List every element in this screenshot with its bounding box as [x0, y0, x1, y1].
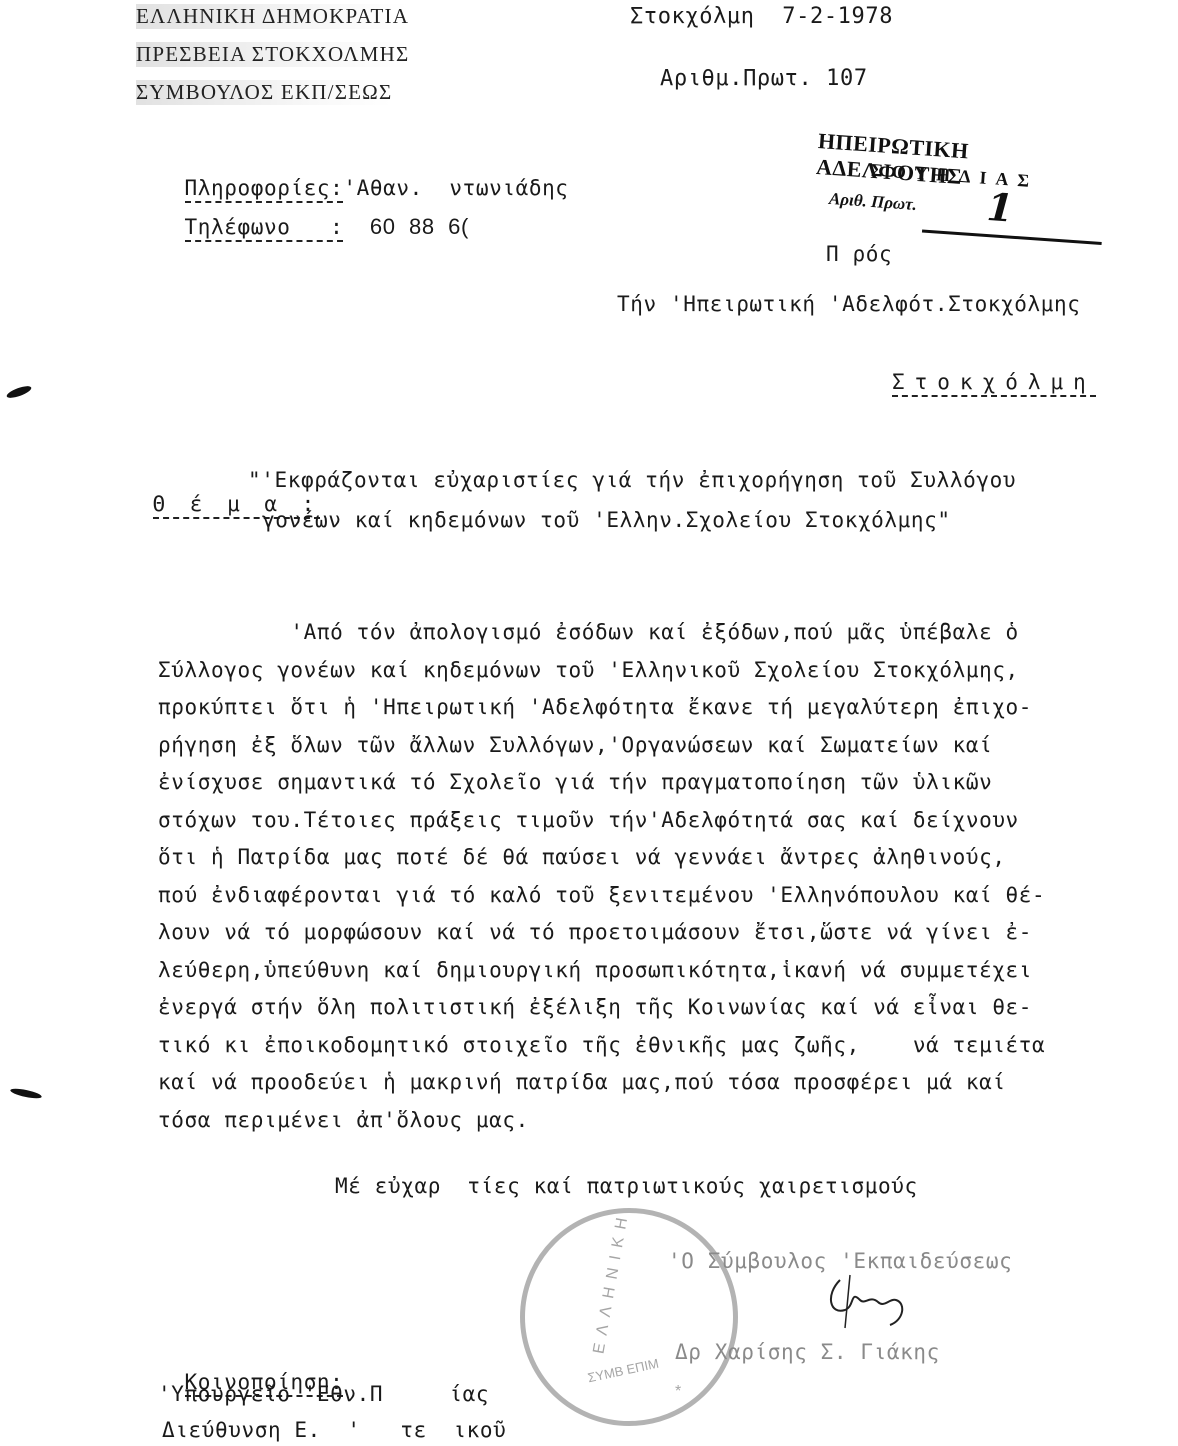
to-label: Π ρός: [826, 242, 892, 266]
contact-phone: Τηλέφωνο : 60 88 6(: [158, 190, 469, 240]
body-line: ἐνεργά στήν ὅλη πολιτιστική ἐξέλιξη τῆς …: [158, 995, 1032, 1019]
phone-value: 60 88 6(: [370, 214, 469, 239]
protocol-number: Αριθμ.Πρωτ. 107: [660, 66, 868, 91]
body-line: προκύπτει ὅτι ἡ 'Ηπειρωτική 'Αδελφότητα …: [158, 695, 1032, 719]
subject-line-1: "'Εκφράζονται εὐχαριστίες γιά τήν ἐπιχορ…: [248, 468, 1016, 492]
signatory-name: Δρ Χαρίσης Σ. Γιάκης: [675, 1340, 940, 1364]
recipient-city: Στοκχόλμη: [892, 370, 1096, 397]
body-line: τόσα περιμένει ἀπ'ὅλους μας.: [158, 1108, 529, 1132]
recipient-name: Τήν 'Ηπειρωτική 'Αδελφότ.Στοκχόλμης: [617, 292, 1081, 316]
cc-line-2: Διεύθυνση Ε. ' τε ικοῦ: [162, 1418, 506, 1442]
cc-line-1: 'Υπουργεῖο 'Εθν.Π ίας: [158, 1382, 489, 1406]
stamp-line-3: Αριθ. Πρωτ.: [828, 189, 917, 215]
body-line: στόχων του.Τέτοιες πράξεις τιμοῦν τήν'Αδ…: [158, 808, 1019, 832]
body-line: ἐνίσχυσε σημαντικά τό Σχολεῖο γιά τήν πρ…: [158, 770, 992, 794]
subject-line-2: γονέων καί κηδεμόνων τοῦ 'Ελλην.Σχολείου…: [262, 508, 951, 532]
body-line: Σύλλογος γονέων καί κηδεμόνων τοῦ 'Ελλην…: [158, 658, 1019, 682]
body-line: πού ἐνδιαφέρονται γιά τό καλό τοῦ ξενιτε…: [158, 883, 1045, 907]
stamp-underline: [922, 229, 1102, 245]
body-line: τικό κι ἐποικοδομητικό στοιχεῖο τῆς ἐθνι…: [158, 1033, 1045, 1057]
stamp-line-1: ΗΠΕΙΡΩΤΙΚΗ ΑΔΕΛΦΟΤΗΣ: [815, 128, 1113, 200]
stamp-arc-text: ΕΛΛΗΝΙΚΗ: [590, 1209, 633, 1356]
body-line: καί νά προοδεύει ἡ μακρινή πατρίδα μας,π…: [158, 1070, 1006, 1094]
body-line: ρήγηση ἐξ ὅλων τῶν ἄλλων Συλλόγων,'Οργαν…: [158, 733, 992, 757]
stamp-number: 1: [985, 184, 1015, 231]
closing-line: Mέ εὐχαρ τίες καί πατριωτικούς χαιρετισμ…: [335, 1174, 918, 1198]
org-line-2: ΠΡΕΣΒΕΙΑ ΣΤΟΚΧΟΛΜΗΣ: [136, 42, 409, 67]
body-line: λεύθερη,ὑπεύθυνη καί δημιουργική προσωπι…: [158, 958, 1032, 982]
handwritten-signature-icon: [820, 1270, 920, 1330]
phone-label: Τηλέφωνο :: [185, 215, 344, 242]
org-line-3: ΣΥΜΒΟΥΛΟΣ ΕΚΠ/ΣΕΩΣ: [136, 80, 392, 105]
org-line-1: ΕΛΛΗΝΙΚΗ ΔΗΜΟΚΡΑΤΙΑ: [136, 4, 409, 29]
official-round-stamp: ΕΛΛΗΝΙΚΗ ΣΥΜΒ ΕΠΙΜ *: [520, 1208, 738, 1426]
body-line: ὅτι ἡ Πατρίδα μας ποτέ δέ θά παύσει νά γ…: [158, 845, 1006, 869]
receipt-stamp: ΗΠΕΙΡΩΤΙΚΗ ΑΔΕΛΦΟΤΗΣ ΣΟΥΗΔΙΑΣ Αριθ. Πρωτ…: [806, 120, 1114, 261]
place-date: Στοκχόλμη 7-2-1978: [630, 4, 893, 29]
stamp-inner-text: ΣΥΜΒ ΕΠΙΜ: [586, 1356, 660, 1386]
margin-mark: [10, 1087, 43, 1101]
body-line: λουν νά τό μορφώσουν καί νά τό προετοιμά…: [158, 920, 1032, 944]
margin-mark: [5, 384, 32, 400]
stamp-star-icon: *: [675, 1383, 681, 1401]
body-line: 'Από τόν ἀπολογισμό ἐσόδων καί ἐξόδων,πο…: [158, 620, 1019, 644]
